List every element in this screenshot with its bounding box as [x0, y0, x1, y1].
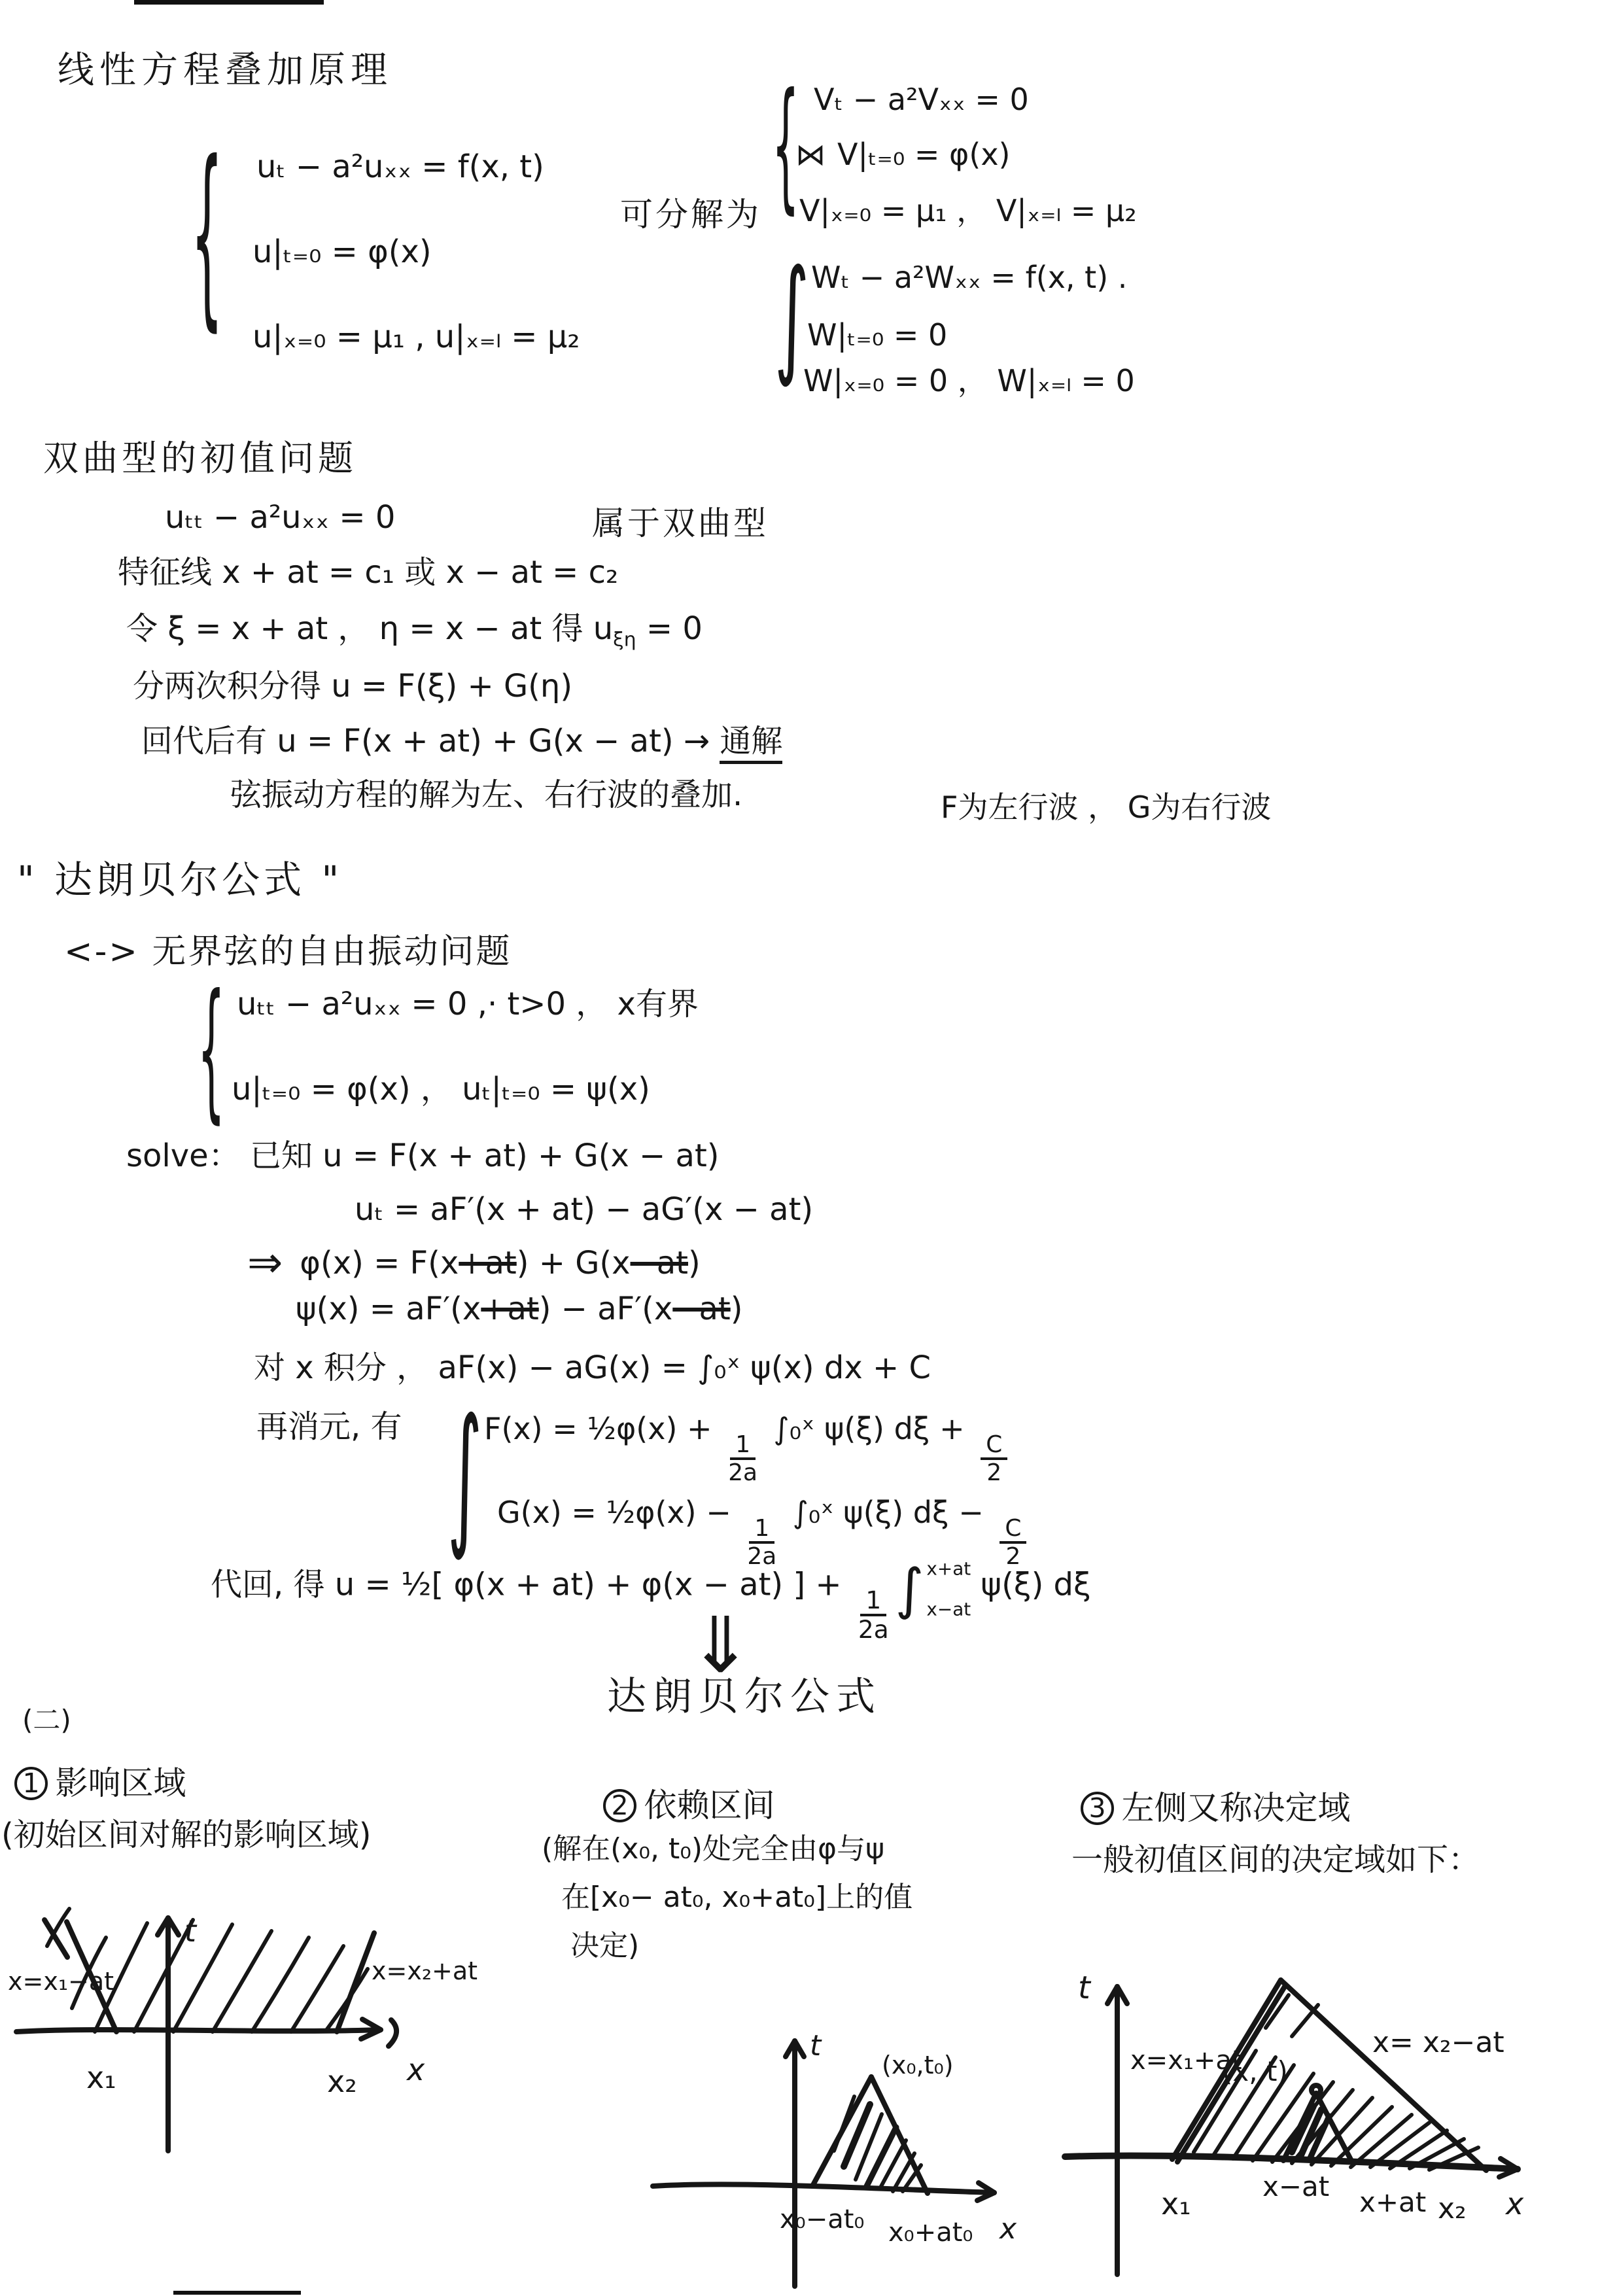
f-frac-c-2: C2	[981, 1432, 1007, 1486]
region3-title: 左侧又称决定域	[1122, 1789, 1351, 1827]
left-check-stroke	[44, 1920, 67, 1957]
x2-label: x₂	[1438, 2192, 1467, 2225]
definite-integral: ∫x+atx−at	[895, 1565, 971, 1614]
x1-label: x₁	[86, 2060, 116, 2095]
t-axis-label: t	[810, 2029, 822, 2062]
integrate-twice-line: 分两次积分得 u = F(ξ) + G(η)	[133, 669, 572, 704]
dependence-interval-diagram: t x (x₀,t₀) x₀−at₀ x₀+at₀	[641, 1995, 1060, 2296]
u-system-line1: uₜ − a²uₓₓ = f(x, t)	[256, 149, 544, 185]
dalembert-title: " 达朗贝尔公式 "	[17, 858, 343, 902]
substitution-pre: 令 ξ = x + at ， η = x − at 得 u	[126, 610, 613, 647]
psi-equation: ψ(x) = aF′(x+at) − aF′(x−at)	[296, 1291, 742, 1327]
dalembert-result-label: 达朗贝尔公式	[607, 1675, 882, 1720]
x-axis	[653, 2184, 994, 2193]
f-frac-1-2a: 12a	[728, 1432, 757, 1486]
top-edge-mark	[134, 0, 324, 5]
phi-struck-1: +at	[459, 1245, 516, 1281]
substitute-back-line: 代回, 得 u = ½[ φ(x + at) + φ(x − at) ] + 1…	[211, 1565, 1091, 1644]
left-line-label: x=x₁−at	[8, 1967, 114, 1996]
back-t1: 代回, 得 u = ½[ φ(x + at) + φ(x − at) ] +	[211, 1567, 852, 1603]
v-system-line2: ⋈V|ₜ₌₀ = φ(x)	[795, 137, 1011, 172]
region1-subtitle: (初始区间对解的影响区域)	[1, 1817, 371, 1853]
back-frac-1-2a: 12a	[858, 1587, 889, 1643]
x2-label: x₂	[327, 2064, 357, 2099]
x-axis-label: x	[1504, 2186, 1524, 2221]
circled-2: 2	[603, 1789, 636, 1822]
substitution-line: 令 ξ = x + at ， η = x − at 得 uξη = 0	[126, 611, 703, 652]
phi-mid: ) + G(x	[517, 1245, 631, 1281]
right-base-label: x₀+at₀	[888, 2218, 973, 2248]
t-axis-label: t	[1078, 1970, 1092, 2006]
ivp-brace: {	[198, 976, 225, 1126]
right-line-label: x=x₂+at	[372, 1957, 478, 1985]
region3-heading: 3左侧又称决定域	[1081, 1790, 1351, 1828]
x-plus-at-label: x+at	[1359, 2186, 1426, 2218]
psi-struck-1: +at	[481, 1291, 538, 1327]
psi-pre: ψ(x) = aF′(x	[296, 1291, 481, 1327]
x-axis-label: x	[998, 2212, 1017, 2246]
substitution-post: = 0	[636, 610, 703, 647]
right-line-label: x= x₂−at	[1372, 2026, 1504, 2059]
u-system-line3: u|ₓ₌₀ = μ₁ , u|ₓ₌ₗ = μ₂	[252, 319, 580, 355]
region1-heading: 1影响区域	[14, 1765, 186, 1803]
scribble-mark: ⋈	[795, 137, 826, 172]
right-side	[871, 2077, 928, 2193]
general-solution-line: 回代后有 u = F(x + at) + G(x − at) → 通解	[141, 723, 782, 759]
influence-region-diagram: t x x=x₁−at x=x₂+at x₁ x₂	[7, 1884, 464, 2165]
psi-mid: ) − aF′(x	[539, 1291, 673, 1327]
ivp-line2: u|ₜ₌₀ = φ(x) ， uₜ|ₜ₌₀ = ψ(x)	[232, 1071, 650, 1107]
implies-arrow: ⇒	[247, 1238, 283, 1287]
wave-note: 弦振动方程的解为左、右行波的叠加.	[230, 777, 742, 813]
bottom-edge-mark	[173, 2291, 301, 2295]
section1-title: 线性方程叠加原理	[58, 50, 392, 92]
determinacy-domain-diagram: t x x=x₁+at x= x₂−at (x, t) x₁ x−at x+at…	[1060, 1953, 1617, 2296]
hatching	[834, 2096, 921, 2191]
inner-triangle	[1283, 2085, 1353, 2163]
phi-equation: ⇒φ(x) = F(x+at) + G(x−at)	[247, 1239, 701, 1288]
v-system-line2-text: V|ₜ₌₀ = φ(x)	[837, 137, 1011, 172]
psi-post: )	[731, 1291, 743, 1327]
solve-line1: solve： 已知 u = F(x + at) + G(x − at)	[126, 1138, 720, 1174]
v-system-line3: V|ₓ₌₀ = μ₁ ， V|ₓ₌ₗ = μ₂	[799, 194, 1137, 228]
w-system-line3: W|ₓ₌₀ = 0 ， W|ₓ₌ₗ = 0	[803, 364, 1135, 398]
circled-3: 3	[1081, 1792, 1114, 1825]
section2-heading: 双曲型的初值问题	[43, 438, 357, 479]
hyperbolic-eq: uₜₜ − a²uₓₓ = 0	[165, 500, 395, 536]
solve-line2: uₜ = aF′(x + at) − aG′(x − at)	[355, 1192, 813, 1228]
region2-heading: 2依赖区间	[603, 1787, 775, 1825]
u-system-brace: {	[191, 137, 223, 334]
notes-page: 线性方程叠加原理 { uₜ − a²uₓₓ = f(x, t) u|ₜ₌₀ = …	[0, 0, 1617, 2296]
region2-note-line1: (解在(x₀, t₀)处完全由φ与ψ	[542, 1833, 884, 1866]
hyperbolic-eq-note: 属于双曲型	[592, 505, 769, 543]
w-system-line1: Wₜ − a²Wₓₓ = f(x, t) .	[811, 260, 1127, 295]
u-system-line2: u|ₜ₌₀ = φ(x)	[252, 234, 432, 270]
g-frac-c-2: C2	[1000, 1516, 1026, 1570]
decompose-label: 可分解为	[620, 196, 761, 234]
phi-post: )	[688, 1245, 701, 1281]
phi-pre: φ(x) = F(x	[300, 1245, 459, 1281]
ivp-line1: uₜₜ − a²uₓₓ = 0 ,· t>0 ， x有界	[237, 986, 699, 1022]
region2-note-line2: 在[x₀− at₀, x₀+at₀]上的值	[561, 1881, 913, 1915]
fg-brace: ∫	[447, 1400, 482, 1553]
x-axis-label: x	[406, 2052, 425, 2087]
w-system-line2: W|ₜ₌₀ = 0	[807, 318, 947, 353]
phi-struck-2: −at	[631, 1245, 688, 1281]
back-t2: ψ(ξ) dξ	[971, 1567, 1091, 1603]
w-system-brace: ∫	[774, 254, 809, 381]
v-system-line1: Vₜ − a²Vₓₓ = 0	[814, 82, 1029, 117]
characteristics-line: 特征线 x + at = c₁ 或 x − at = c₂	[118, 555, 618, 591]
wave-note-2: F为左行波 ， G为右行波	[941, 790, 1271, 825]
region2-title: 依赖区间	[644, 1786, 775, 1824]
general-solution-pre: 回代后有 u = F(x + at) + G(x − at) →	[141, 723, 720, 759]
region3-subtitle: 一般初值区间的决定域如下：	[1071, 1842, 1480, 1878]
left-base-label: x₀−at₀	[780, 2204, 864, 2235]
eliminate-label: 再消元, 有	[256, 1409, 402, 1445]
free-vibration-subtitle: <-> 无界弦的自由振动问题	[64, 933, 512, 972]
apex-label: (x₀,t₀)	[882, 2051, 954, 2079]
g-formula-t1: G(x) = ½φ(x) −	[497, 1495, 740, 1530]
f-formula-t1: F(x) = ½φ(x) +	[484, 1411, 722, 1446]
point-label: (x, t)	[1222, 2055, 1288, 2087]
section4-marker: (二)	[22, 1705, 71, 1736]
substitution-sub: ξη	[613, 629, 636, 652]
t-axis-label: t	[184, 1913, 198, 1949]
g-formula-t2: ∫₀ˣ ψ(ξ) dξ −	[783, 1495, 993, 1530]
psi-struck-2: −at	[672, 1291, 730, 1327]
x1-label: x₁	[1161, 2186, 1191, 2221]
general-solution-term: 通解	[720, 723, 782, 764]
g-frac-1-2a: 12a	[747, 1516, 776, 1570]
region2-note-line3: 决定)	[570, 1930, 639, 1963]
f-formula-t2: ∫₀ˣ ψ(ξ) dξ +	[764, 1411, 974, 1446]
integrate-x-line: 对 x 积分 ， aF(x) − aG(x) = ∫₀ˣ ψ(x) dx + C	[254, 1350, 931, 1386]
circled-1: 1	[14, 1767, 48, 1800]
f-formula: F(x) = ½φ(x) + 12a ∫₀ˣ ψ(ξ) dξ + C2	[484, 1412, 1014, 1486]
x-minus-at-label: x−at	[1262, 2170, 1329, 2202]
region1-title: 影响区域	[56, 1764, 186, 1802]
